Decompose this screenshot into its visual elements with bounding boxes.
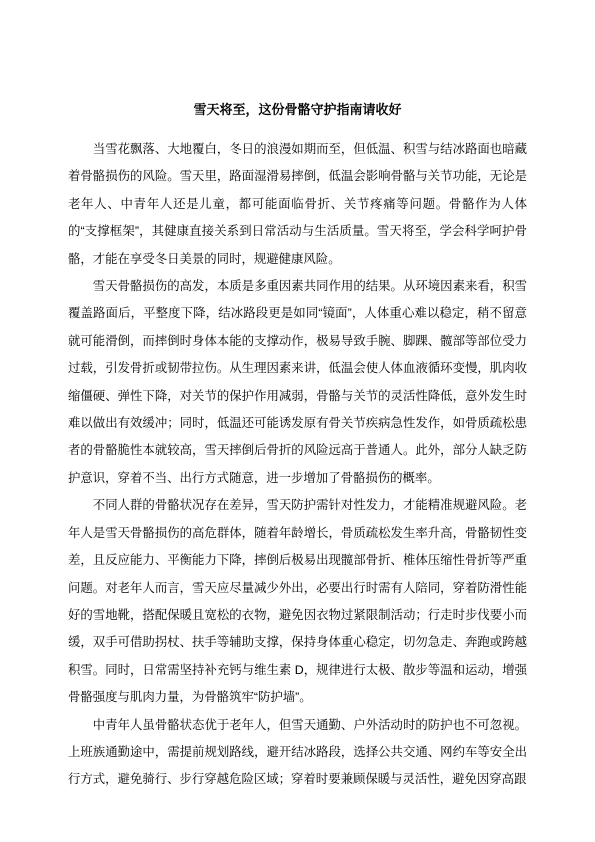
- document-title: 雪天将至，这份骨骼守护指南请收好: [68, 101, 527, 119]
- paragraph-intro: 当雪花飘落、大地覆白，冬日的浪漫如期而至，但低温、积雪与结冰路面也暗藏着骨骼损伤…: [68, 136, 527, 273]
- paragraph-young-adults: 中青年人虽骨骼状态优于老年人，但雪天通勤、户外活动时的防护也不可忽视。上班族通勤…: [68, 712, 527, 794]
- document-page: 雪天将至，这份骨骼守护指南请收好 当雪花飘落、大地覆白，冬日的浪漫如期而至，但低…: [0, 0, 595, 842]
- paragraph-causes: 雪天骨骼损伤的高发，本质是多重因素共同作用的结果。从环境因素来看，积雪覆盖路面后…: [68, 273, 527, 492]
- paragraph-elderly-protection: 不同人群的骨骼状况存在差异，雪天防护需针对性发力，才能精准规避风险。老年人是雪天…: [68, 492, 527, 711]
